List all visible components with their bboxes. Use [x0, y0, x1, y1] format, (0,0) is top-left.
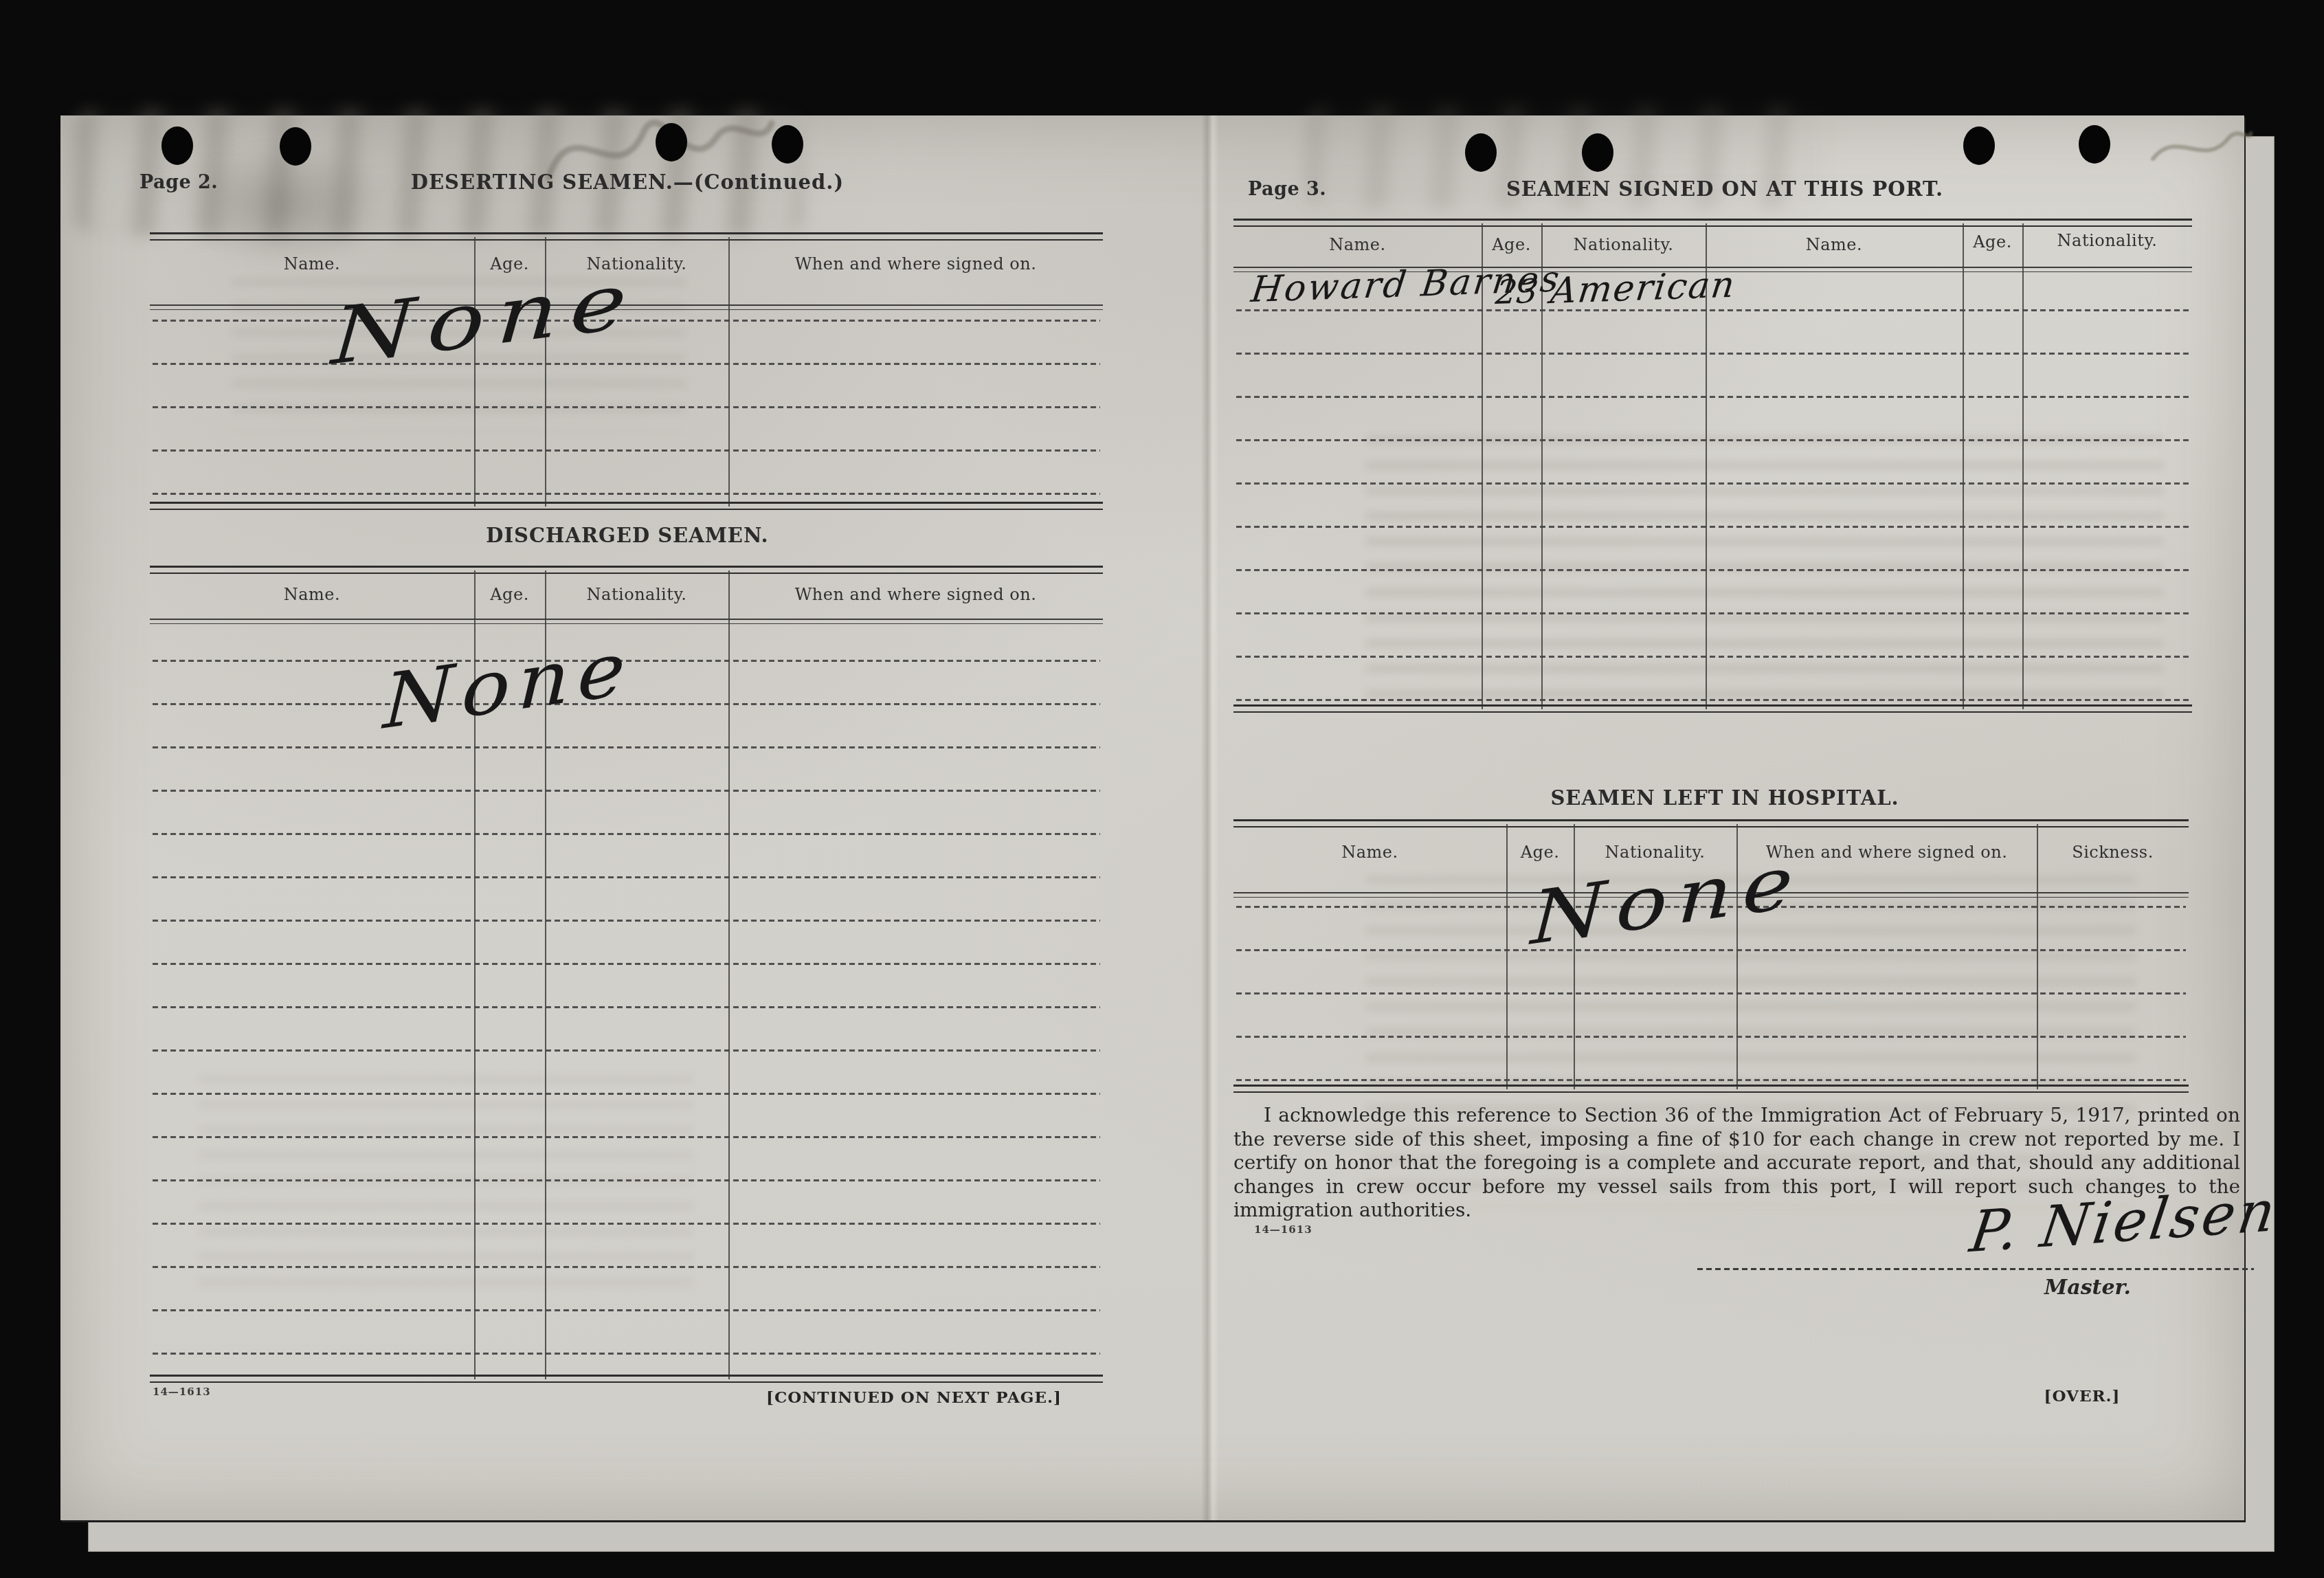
row-dotted-line: [153, 1309, 1100, 1311]
hospital-title: SEAMEN LEFT IN HOSPITAL.: [1484, 786, 1965, 810]
row-dotted-line: [1236, 526, 2189, 528]
row-dotted-line: [153, 1093, 1100, 1095]
corner-curl-mark: [2149, 121, 2253, 176]
row-dotted-line: [153, 963, 1100, 965]
table-bottom-rule: [150, 1375, 1103, 1383]
row-dotted-line: [1236, 699, 2189, 701]
punch-hole: [1582, 133, 1613, 172]
row-dotted-line: [153, 790, 1100, 792]
page2-label: Page 2.: [139, 172, 218, 193]
row-dotted-line: [1236, 439, 2189, 441]
row-dotted-line: [153, 1006, 1100, 1008]
row-dotted-line: [1236, 612, 2189, 614]
row-dotted-line: [1236, 992, 2186, 994]
punch-hole: [161, 126, 193, 165]
punch-hole: [280, 127, 311, 166]
punch-hole: [656, 123, 687, 162]
scanned-document: Page 2. DESERTING SEAMEN.—(Continued.) N…: [0, 0, 2324, 1578]
row-dotted-line: [1236, 309, 2189, 311]
row-dotted-line: [153, 1353, 1100, 1355]
punch-hole: [772, 125, 803, 164]
crew-report-sheet: Page 2. DESERTING SEAMEN.—(Continued.) N…: [60, 115, 2244, 1520]
row-dotted-line: [1236, 396, 2189, 398]
over-note: [OVER.]: [2000, 1387, 2165, 1405]
row-dotted-line: [153, 406, 1100, 408]
row-dotted-line: [1236, 949, 2186, 951]
row-dotted-line: [1236, 482, 2189, 485]
table-bottom-rule: [1233, 1085, 2189, 1093]
punch-hole: [1963, 126, 1995, 165]
row-dotted-line: [1236, 656, 2189, 658]
center-fold-crease: [1201, 115, 1219, 1520]
entry-nationality: American: [1548, 264, 1738, 312]
table-bottom-rule: [150, 502, 1103, 510]
entry-age: 23: [1494, 272, 1541, 312]
row-dotted-line: [153, 1049, 1100, 1052]
continued-note: [CONTINUED ON NEXT PAGE.]: [735, 1388, 1093, 1407]
punch-hole: [1465, 133, 1497, 172]
punch-hole: [2079, 125, 2110, 164]
row-dotted-line: [153, 833, 1100, 835]
master-label: Master.: [1985, 1276, 2191, 1300]
row-dotted-line: [1236, 1079, 2186, 1081]
row-dotted-line: [1236, 353, 2189, 355]
row-dotted-line: [153, 363, 1100, 365]
row-dotted-line: [153, 493, 1100, 495]
signed-on-table: Name. Age. Nationality. Name. Age. Natio…: [1233, 219, 2192, 709]
form-number-page3: 14—1613: [1254, 1223, 1312, 1236]
row-dotted-line: [153, 449, 1100, 452]
discharged-seamen-title: DISCHARGED SEAMEN.: [349, 524, 906, 547]
row-dotted-line: [153, 746, 1100, 748]
page3-label: Page 3.: [1248, 179, 1326, 200]
row-dotted-line: [153, 1179, 1100, 1181]
row-dotted-line: [153, 1136, 1100, 1138]
row-dotted-line: [153, 876, 1100, 878]
row-dotted-line: [153, 1266, 1100, 1268]
row-dotted-line: [153, 920, 1100, 922]
table-bottom-rule: [1233, 704, 2192, 713]
row-dotted-line: [153, 1223, 1100, 1225]
row-dotted-line: [1236, 569, 2189, 571]
form-number-page2: 14—1613: [153, 1386, 211, 1398]
row-dotted-line: [1236, 1036, 2186, 1038]
signature-line: [1697, 1268, 2254, 1270]
signed-on-title: SEAMEN SIGNED ON AT THIS PORT.: [1484, 177, 1965, 201]
deserting-seamen-title: DESERTING SEAMEN.—(Continued.): [349, 170, 906, 194]
